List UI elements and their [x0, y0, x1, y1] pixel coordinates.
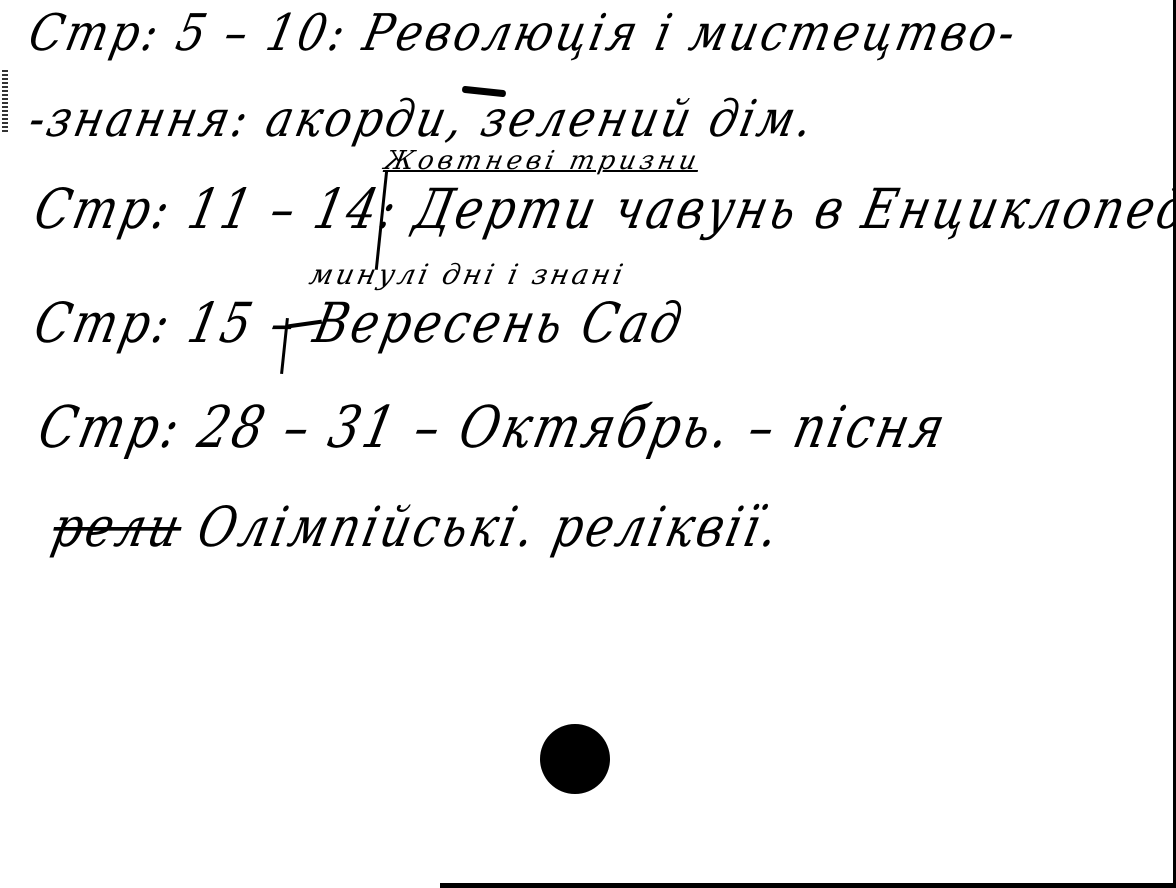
interlinear-insertion-1: Жовтневі тризни	[382, 146, 703, 176]
interlinear-insertion-2: минулі дні і знані	[306, 258, 628, 291]
card-bottom-edge	[440, 883, 1176, 888]
handwritten-line-1: Стр: 5 – 10: Революція і мистецтво-	[24, 4, 1024, 63]
index-card: Стр: 5 – 10: Революція і мистецтво- -зна…	[0, 0, 1176, 888]
handwritten-line-6: рели Олімпійські. реліквії.	[47, 495, 787, 560]
scan-edge-mark	[2, 70, 8, 132]
handwritten-line-4: Стр: 15 – Вересень Сад	[29, 291, 690, 356]
handwritten-line-5: Стр: 28 – 31 – Октябрь. – пісня	[33, 394, 954, 461]
punch-hole	[540, 724, 610, 794]
line-6-text: Олімпійські. реліквії.	[192, 495, 787, 560]
handwritten-line-3: Стр: 11 – 14: Дерти чавунь в Енциклопеди…	[29, 177, 1176, 242]
struck-word: рели	[47, 495, 188, 560]
handwritten-line-2: -знання: акорди, зелений дім.	[24, 90, 821, 149]
